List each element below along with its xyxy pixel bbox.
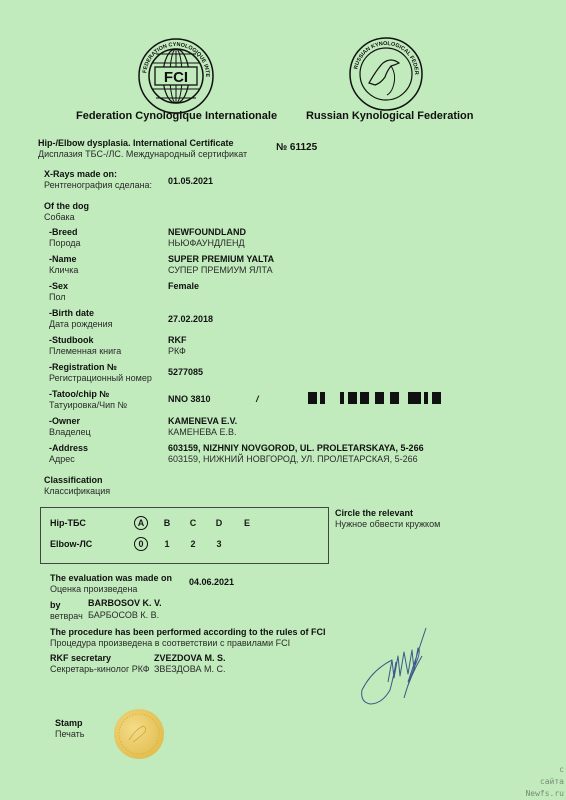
- watermark-line-3: Newfs.ru: [525, 788, 564, 800]
- svg-text:FCI: FCI: [164, 69, 188, 86]
- owner-value-en: KAMENEVA E.V.: [168, 416, 237, 427]
- breed-label-ru: Порода: [49, 238, 81, 249]
- watermark-line-2: сайта: [525, 776, 564, 788]
- secretary-label-en: RKF secretary: [50, 653, 111, 664]
- hip-label: Hip-ТБС: [50, 518, 86, 529]
- chip-label-ru: Татуировка/Чип №: [49, 400, 127, 411]
- address-label-en: -Address: [49, 443, 88, 454]
- hip-grade-c: C: [186, 518, 200, 528]
- elbow-grade-0: 0: [134, 537, 148, 551]
- circle-note-ru: Нужное обвести кружком: [335, 519, 440, 530]
- certificate-number: № 61125: [276, 142, 317, 153]
- evaluation-label-en: The evaluation was made on: [50, 573, 172, 584]
- birth-value: 27.02.2018: [168, 314, 213, 325]
- hip-grade-b: B: [160, 518, 174, 528]
- name-value-en: SUPER PREMIUM YALTA: [168, 254, 274, 265]
- circle-note-en: Circle the relevant: [335, 508, 413, 519]
- watermark: с сайта Newfs.ru: [525, 764, 564, 800]
- studbook-label-ru: Племенная книга: [49, 346, 121, 357]
- stamp-label-ru: Печать: [55, 729, 84, 740]
- address-value-en: 603159, NIZHNIY NOVGOROD, UL. PROLETARSK…: [168, 443, 424, 454]
- sex-label-en: -Sex: [49, 281, 68, 292]
- birth-label-ru: Дата рождения: [49, 319, 113, 330]
- registration-label-ru: Регистрационный номер: [49, 373, 152, 384]
- elbow-grade-1: 1: [160, 539, 174, 549]
- classification-label-en: Classification: [44, 475, 103, 486]
- procedure-en: The procedure has been performed accordi…: [50, 627, 326, 638]
- chip-separator: /: [256, 394, 259, 405]
- birth-label-en: -Birth date: [49, 308, 94, 319]
- rkf-logo: RUSSIAN KYNOLOGICAL FEDERATION: [347, 35, 425, 113]
- name-label-en: -Name: [49, 254, 77, 265]
- hip-grade-a: A: [134, 516, 148, 530]
- name-label-ru: Кличка: [49, 265, 78, 276]
- vet-name-ru: БАРБОСОВ К. В.: [88, 610, 159, 621]
- studbook-value-ru: РКФ: [168, 346, 186, 357]
- xray-label-ru: Рентгенография сделана:: [44, 180, 152, 191]
- chip-label-en: -Tatoo/chip №: [49, 389, 109, 400]
- elbow-grade-3: 3: [212, 539, 226, 549]
- breed-value-en: NEWFOUNDLAND: [168, 227, 246, 238]
- vet-label-en: by: [50, 600, 61, 611]
- owner-value-ru: КАМЕНЕВА Е.В.: [168, 427, 236, 438]
- elbow-label: Elbow-ЛС: [50, 539, 92, 550]
- dog-section-ru: Собака: [44, 212, 75, 223]
- secretary-name-ru: ЗВЕЗДОВА М. С.: [154, 664, 225, 675]
- gold-seal: [113, 708, 165, 760]
- xray-date: 01.05.2021: [168, 176, 213, 187]
- vet-name-en: BARBOSOV K. V.: [88, 598, 162, 609]
- studbook-value-en: RKF: [168, 335, 187, 346]
- owner-label-en: -Owner: [49, 416, 80, 427]
- studbook-label-en: -Studbook: [49, 335, 94, 346]
- secretary-name-en: ZVEZDOVA M. S.: [154, 653, 226, 664]
- certificate-title-en: Hip-/Elbow dysplasia. International Cert…: [38, 138, 234, 149]
- stamp-label-en: Stamp: [55, 718, 83, 729]
- hip-grade-d: D: [212, 518, 226, 528]
- evaluation-label-ru: Оценка произведена: [50, 584, 137, 595]
- svg-text:RUSSIAN KYNOLOGICAL FEDERATION: RUSSIAN KYNOLOGICAL FEDERATION: [347, 35, 419, 75]
- vet-label-ru: ветврач: [50, 611, 83, 622]
- secretary-label-ru: Секретарь-кинолог РКФ: [50, 664, 150, 675]
- xray-label-en: X-Rays made on:: [44, 169, 117, 180]
- sex-value: Female: [168, 281, 199, 292]
- breed-value-ru: НЬЮФАУНДЛЕНД: [168, 238, 245, 249]
- fci-name: Federation Cynologique Internationale: [76, 110, 277, 122]
- fci-logo: FCI FEDERATION CYNOLOGIQUE INTERNATIONAL…: [136, 36, 216, 116]
- hip-grade-e: E: [240, 518, 254, 528]
- classification-box: [40, 507, 329, 564]
- procedure-ru: Процедура произведена в соответствии с п…: [50, 638, 290, 649]
- signature: [352, 620, 452, 710]
- evaluation-date: 04.06.2021: [189, 577, 234, 588]
- name-value-ru: СУПЕР ПРЕМИУМ ЯЛТА: [168, 265, 273, 276]
- address-label-ru: Адрес: [49, 454, 75, 465]
- elbow-grade-2: 2: [186, 539, 200, 549]
- registration-label-en: -Registration №: [49, 362, 117, 373]
- breed-label-en: -Breed: [49, 227, 78, 238]
- watermark-line-1: с: [525, 764, 564, 776]
- sex-label-ru: Пол: [49, 292, 66, 303]
- rkf-name: Russian Kynological Federation: [306, 110, 473, 122]
- classification-label-ru: Классификация: [44, 486, 110, 497]
- certificate-title-ru: Дисплазия ТБС-/ЛС. Международный сертифи…: [38, 149, 247, 160]
- dog-section-en: Of the dog: [44, 201, 89, 212]
- registration-value: 5277085: [168, 367, 203, 378]
- address-value-ru: 603159, НИЖНИЙ НОВГОРОД, УЛ. ПРОЛЕТАРСКА…: [168, 454, 418, 465]
- chip-value: NNO 3810: [168, 394, 211, 405]
- owner-label-ru: Владелец: [49, 427, 91, 438]
